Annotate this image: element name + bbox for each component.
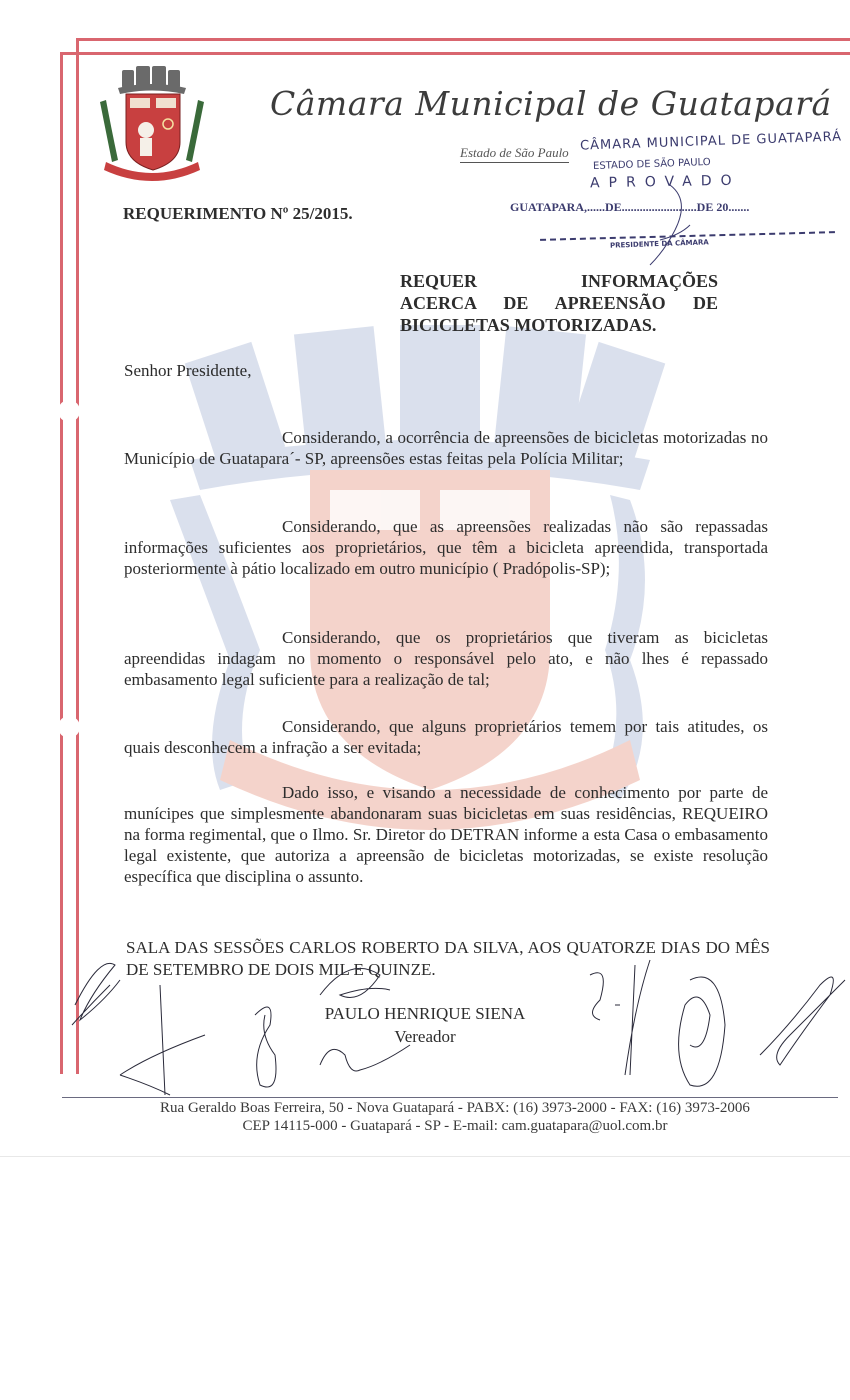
- frame-top-inner: [60, 52, 850, 55]
- signatures-icon: [60, 945, 850, 1105]
- institution-title: Câmara Municipal de Guatapará: [270, 84, 832, 123]
- frame-left-outer: [60, 52, 63, 1074]
- punch-hole: [58, 716, 80, 738]
- footer-divider: [62, 1097, 838, 1098]
- punch-hole: [58, 400, 80, 422]
- paragraph: Considerando, que os proprietários que t…: [124, 627, 768, 690]
- crest-watermark-icon: [160, 320, 680, 840]
- footer-address: Rua Geraldo Boas Ferreira, 50 - Nova Gua…: [60, 1100, 850, 1117]
- state-subtitle: Estado de São Paulo: [460, 145, 569, 163]
- document-title: REQUERIMENTO Nº 25/2015.: [123, 204, 353, 224]
- scan-edge: [0, 1156, 850, 1157]
- document-page: Câmara Municipal de Guatapará Estado de …: [0, 0, 850, 1400]
- frame-top-outer: [76, 38, 850, 41]
- stamp-institution: CÂMARA MUNICIPAL DE GUATAPARÁ: [580, 129, 842, 153]
- coat-of-arms-icon: [92, 62, 212, 182]
- summary-line: REQUER INFORMAÇÕES: [400, 270, 718, 292]
- summary-line: BICICLETAS MOTORIZADAS.: [400, 314, 718, 336]
- salutation: Senhor Presidente,: [124, 361, 251, 381]
- summary-line: ACERCA DE APREENSÃO DE: [400, 292, 718, 314]
- paragraph: Considerando, que as apreensões realizad…: [124, 516, 768, 579]
- paragraph: Considerando, a ocorrência de apreensões…: [124, 427, 768, 469]
- footer-contact: CEP 14115-000 - Guatapará - SP - E-mail:…: [60, 1118, 850, 1135]
- paragraph: Considerando, que alguns proprietários t…: [124, 716, 768, 758]
- president-signature-icon: [640, 180, 700, 270]
- stamp-state: ESTADO DE SÃO PAULO: [593, 157, 711, 172]
- frame-left-inner: [76, 38, 79, 1074]
- paragraph: Dado isso, e visando a necessidade de co…: [124, 782, 768, 887]
- stamp-date-line: GUATAPARA,......DE......................…: [510, 200, 749, 215]
- document-summary: REQUER INFORMAÇÕES ACERCA DE APREENSÃO D…: [400, 270, 718, 336]
